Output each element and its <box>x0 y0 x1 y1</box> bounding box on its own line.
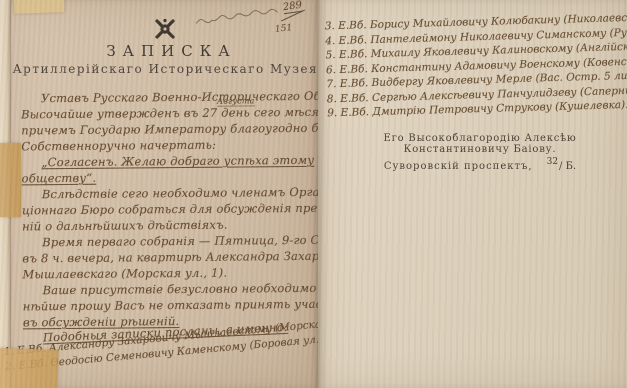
right-page: 3. Е.Вб. Борису Михайловичу Колюбакину (… <box>318 0 627 388</box>
corner-annotation: 289 151 <box>194 1 314 43</box>
handwritten-body: Уставъ Русскаго Военно-Историческаго Общ… <box>21 89 318 348</box>
inserted-word: Августа <box>217 96 255 106</box>
address-recipient: Его Высокоблагородію Алексѣю Константино… <box>340 133 620 155</box>
document-subtitle: Артиллерійскаго Историческаго Музея. <box>0 62 318 76</box>
tape-bottom-left <box>0 348 59 388</box>
document-photo: 289 151 ЗАПИСКА Артиллерійскаго Историче… <box>0 0 627 388</box>
body-line: Высочайше утвержденъ въ 27 день сего мѣс… <box>21 105 318 124</box>
crossed-cannons-icon <box>152 17 178 41</box>
address-street: Суворовскій проспектъ,32/ Б. <box>340 161 620 172</box>
left-page: 289 151 ЗАПИСКА Артиллерійскаго Историче… <box>0 0 318 388</box>
page-number-bottom: 151 <box>274 23 292 35</box>
handwritten-annotation-scribble <box>193 6 280 29</box>
house-number: 32/ Б. <box>547 161 577 172</box>
tape-left-middle <box>0 143 21 217</box>
document-title: ЗАПИСКА <box>0 42 318 60</box>
tape-top-left <box>14 0 65 14</box>
recipient-list-right: 3. Е.Вб. Борису Михайловичу Колюбакину (… <box>325 12 627 122</box>
printed-address-block: Его Высокоблагородію Алексѣю Константино… <box>340 133 620 172</box>
